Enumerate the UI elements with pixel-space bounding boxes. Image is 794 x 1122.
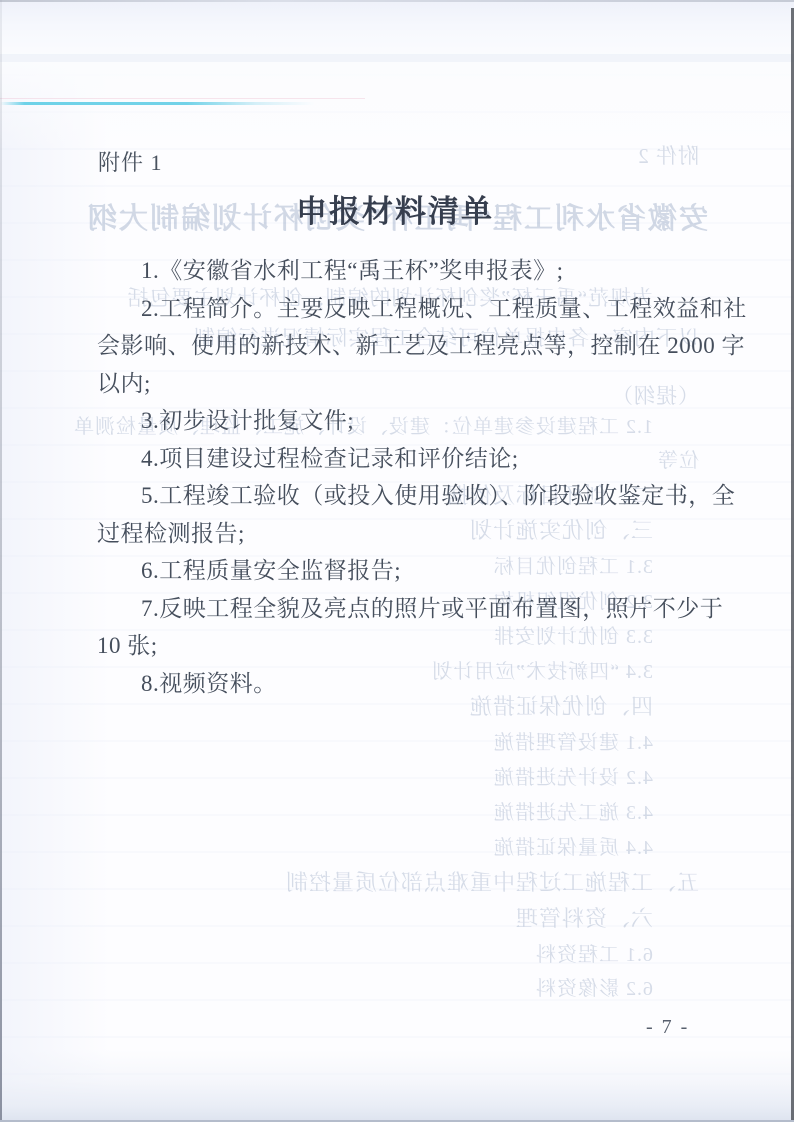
- bleed-line: 4.4 质量保证措施: [493, 831, 653, 860]
- bleed-line: 4.3 施工先进措施: [493, 796, 653, 825]
- bleed-line: 五、工程施工过程中重难点部位质量控制: [285, 866, 699, 897]
- page-edge-left: [0, 0, 2, 1122]
- scanned-document-page: 附件 2安徽省水利工程“禹王杯”奖创杯计划编制大纲为规范“禹王杯”奖创杯计划的编…: [0, 0, 794, 1122]
- list-line: 6.工程质量安全监督报告;: [97, 552, 703, 590]
- list-line: 过程检测报告;: [97, 515, 703, 553]
- list-line: 7.反映工程全貌及亮点的照片或平面布置图，照片不少于: [97, 590, 703, 628]
- list-line: 3.初步设计批复文件;: [97, 402, 703, 440]
- page-number: - 7 -: [646, 1016, 689, 1039]
- bleed-line: 6.1 工程资料: [535, 938, 653, 967]
- list-line: 1.《安徽省水利工程“禹王杯”奖申报表》;: [97, 252, 703, 290]
- list-line: 以内;: [97, 365, 703, 403]
- list-line: 2.工程简介。主要反映工程概况、工程质量、工程效益和社: [97, 290, 703, 328]
- bleed-line: 6.2 影像资料: [535, 972, 653, 1001]
- bleed-line: 六、资料管理: [515, 902, 653, 933]
- bleed-line: 附件 2: [637, 140, 699, 170]
- bleed-line: 4.1 建设管理措施: [493, 726, 653, 755]
- page-edge-top: [0, 0, 794, 2]
- scan-pink-line: [0, 98, 365, 99]
- list-line: 5.工程竣工验收（或投入使用验收）、阶段验收鉴定书，全: [97, 477, 703, 515]
- page-title: 申报材料清单: [0, 186, 790, 231]
- list-line: 10 张;: [97, 627, 703, 665]
- scan-cyan-line: [0, 102, 492, 105]
- list-line: 8.视频资料。: [97, 665, 703, 703]
- list-line: 4.项目建设过程检查记录和评价结论;: [97, 440, 703, 478]
- list-line: 会影响、使用的新技术、新工艺及工程亮点等，控制在 2000 字: [97, 327, 703, 365]
- material-list: 1.《安徽省水利工程“禹王杯”奖申报表》;2.工程简介。主要反映工程概况、工程质…: [97, 252, 703, 702]
- bleed-line: 4.2 设计先进措施: [493, 761, 653, 790]
- scan-streak-band: [0, 54, 794, 62]
- attachment-label: 附件 1: [98, 146, 163, 177]
